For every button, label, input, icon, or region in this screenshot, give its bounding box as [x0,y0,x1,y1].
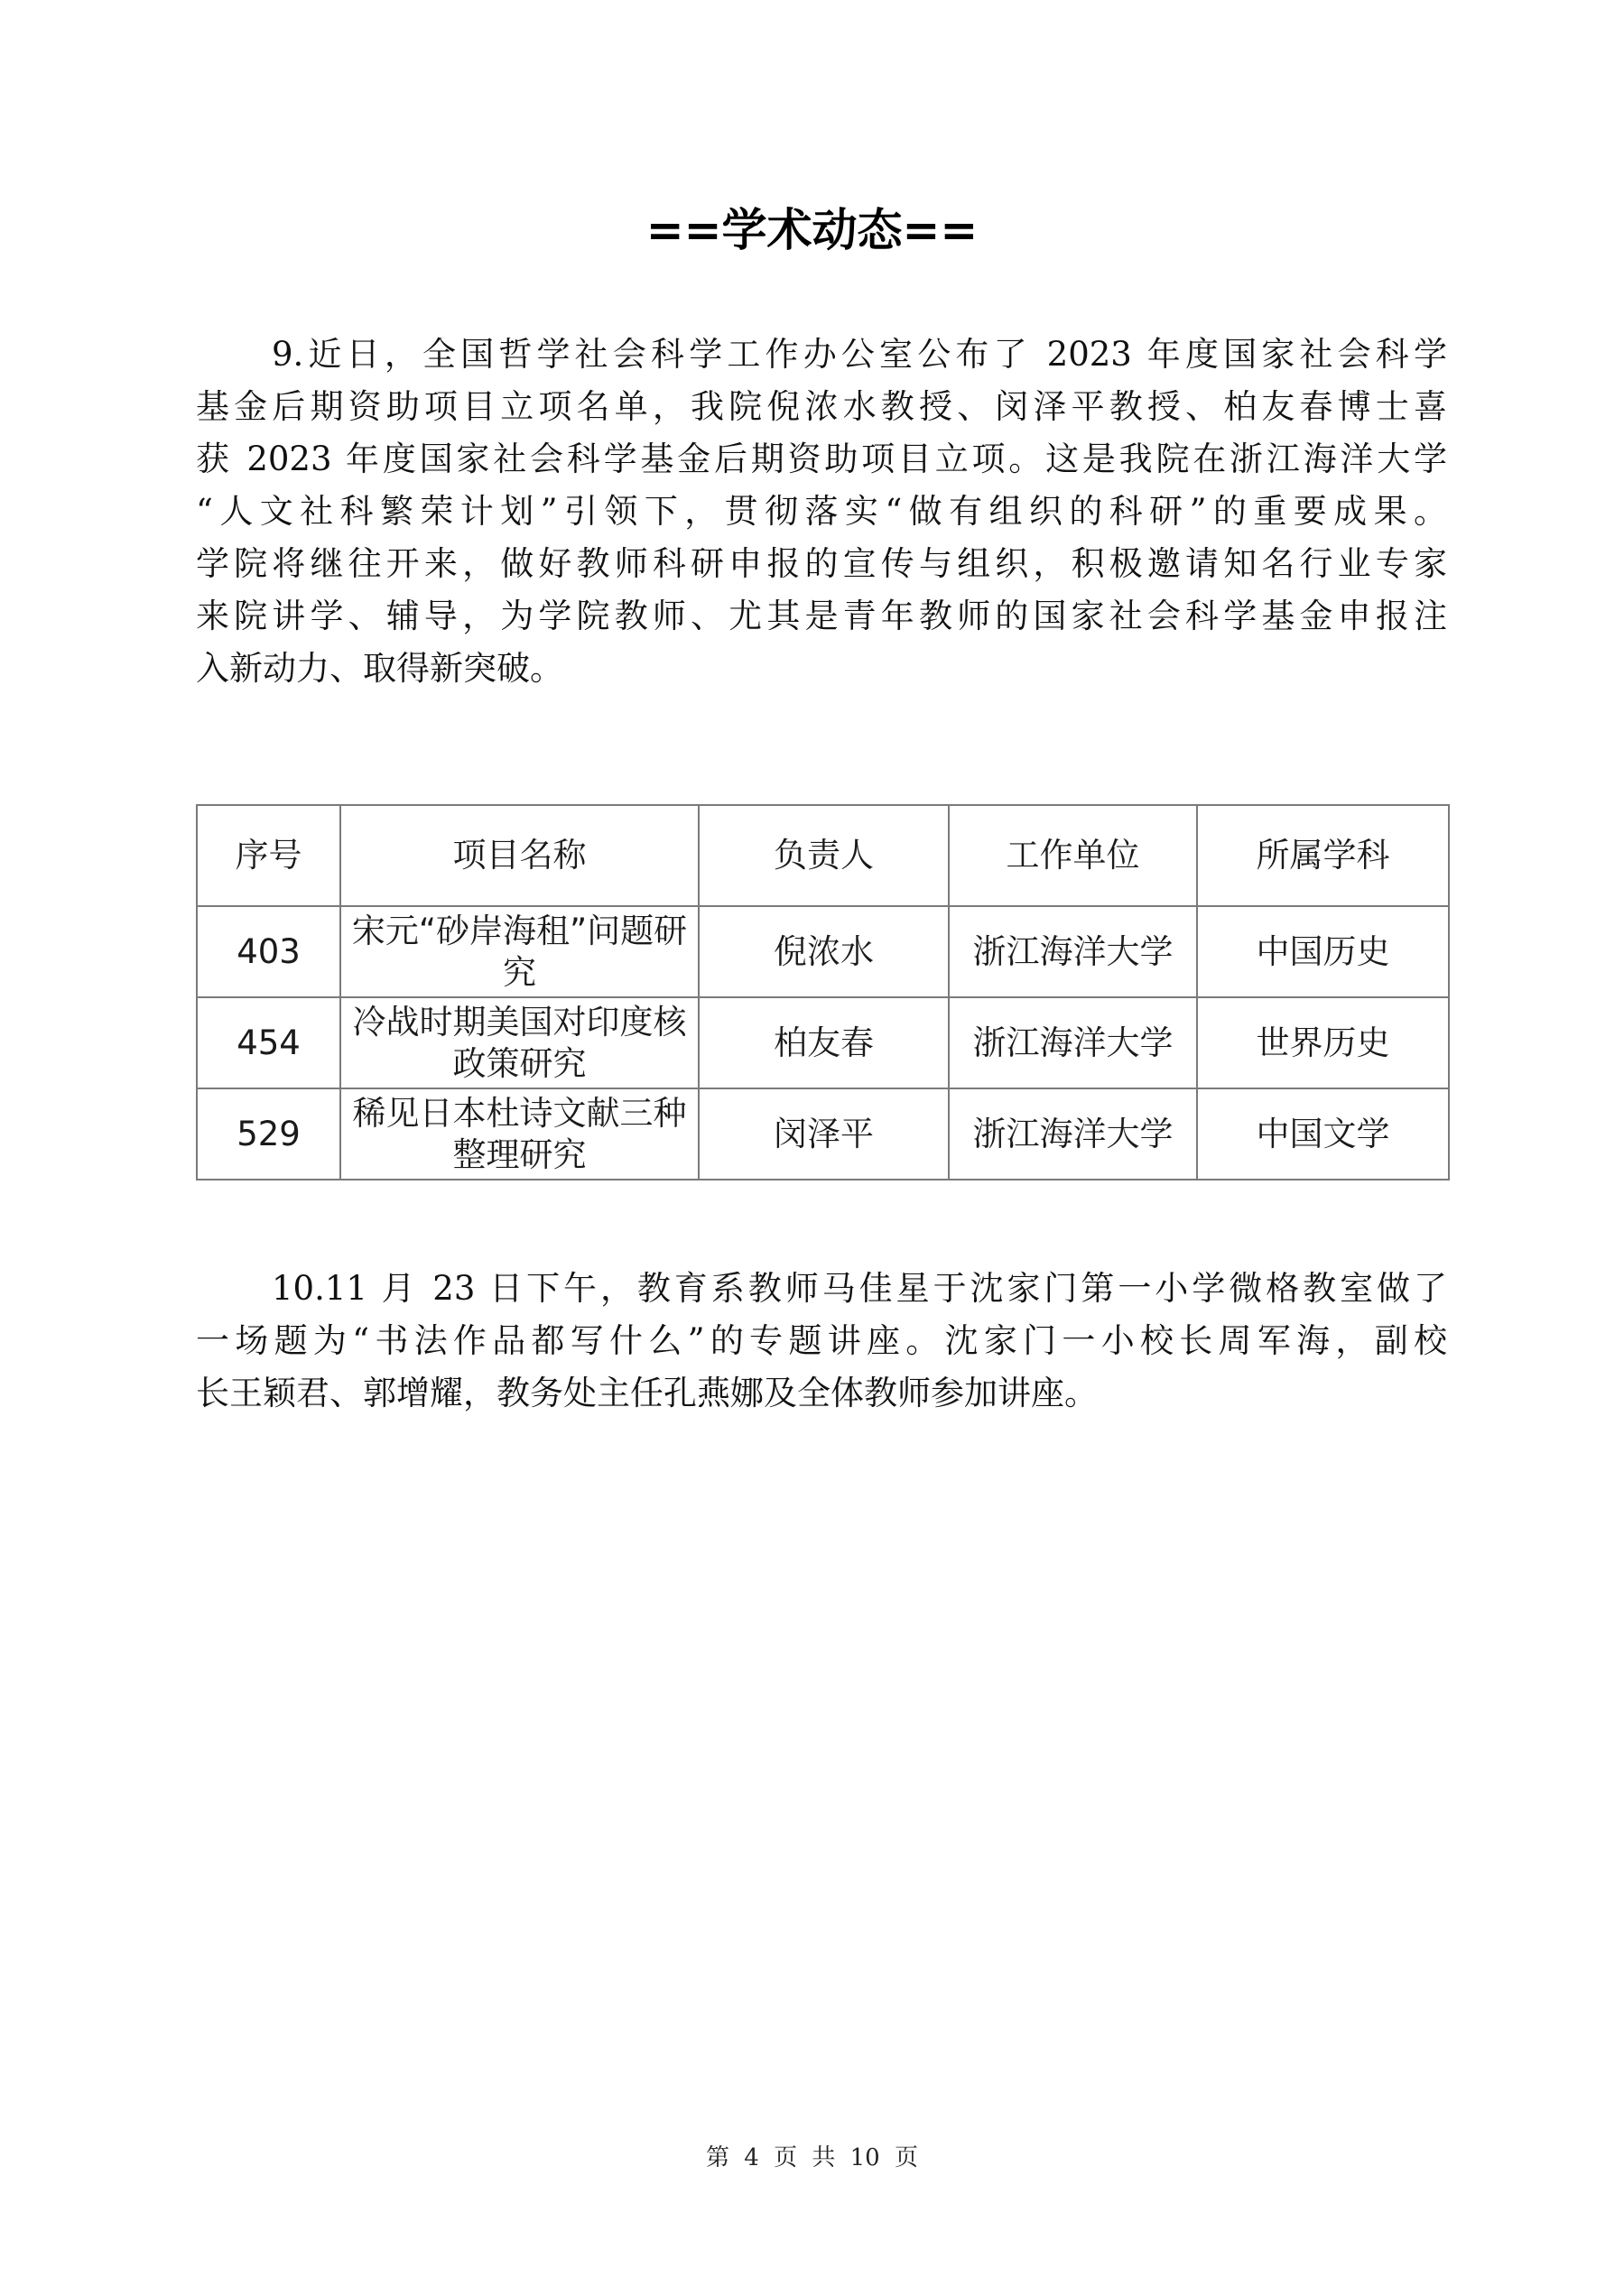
cell-serial-no: 529 [197,1088,340,1180]
cell-project-name: 稀见日本杜诗文献三种整理研究 [340,1088,699,1180]
header-project-name: 项目名称 [340,805,699,906]
header-discipline: 所属学科 [1197,805,1449,906]
grant-projects-table: 序号 项目名称 负责人 工作单位 所属学科 403 宋元“砂岸海租”问题研究 倪… [196,804,1450,1180]
cell-project-name: 宋元“砂岸海租”问题研究 [340,906,699,997]
section-10-paragraph: 10.11 月 23 日下午，教育系教师马佳星于沈家门第一小学微格教室做了 一场… [196,1263,1447,1420]
paragraph-line: 基金后期资助项目立项名单，我院倪浓水教授、闵泽平教授、柏友春博士喜 [196,381,1447,433]
cell-unit: 浙江海洋大学 [949,906,1197,997]
cell-discipline: 中国文学 [1197,1088,1449,1180]
header-lead: 负责人 [699,805,949,906]
table-row: 529 稀见日本杜诗文献三种整理研究 闵泽平 浙江海洋大学 中国文学 [197,1088,1449,1180]
cell-unit: 浙江海洋大学 [949,997,1197,1088]
table-header-row: 序号 项目名称 负责人 工作单位 所属学科 [197,805,1449,906]
cell-lead: 倪浓水 [699,906,949,997]
cell-discipline: 中国历史 [1197,906,1449,997]
header-unit: 工作单位 [949,805,1197,906]
cell-project-name: 冷战时期美国对印度核政策研究 [340,997,699,1088]
cell-serial-no: 403 [197,906,340,997]
cell-discipline: 世界历史 [1197,997,1449,1088]
paragraph-line: 长王颖君、郭增耀，教务处主任孔燕娜及全体教师参加讲座。 [196,1367,1447,1420]
paragraph-line: “人文社科繁荣计划”引领下，贯彻落实“做有组织的科研”的重要成果。 [196,486,1447,538]
table-row: 454 冷战时期美国对印度核政策研究 柏友春 浙江海洋大学 世界历史 [197,997,1449,1088]
cell-unit: 浙江海洋大学 [949,1088,1197,1180]
paragraph-line: 9.近日，全国哲学社会科学工作办公室公布了 2023 年度国家社会科学 [196,329,1447,381]
table-row: 403 宋元“砂岸海租”问题研究 倪浓水 浙江海洋大学 中国历史 [197,906,1449,997]
paragraph-line: 学院将继往开来，做好教师科研申报的宣传与组织，积极邀请知名行业专家 [196,538,1447,590]
cell-lead: 闵泽平 [699,1088,949,1180]
page-title: ==学术动态== [0,200,1624,260]
cell-serial-no: 454 [197,997,340,1088]
header-serial-no: 序号 [197,805,340,906]
page-number-footer: 第 4 页 共 10 页 [0,2139,1624,2172]
paragraph-line: 入新动力、取得新突破。 [196,643,1447,695]
paragraph-line: 10.11 月 23 日下午，教育系教师马佳星于沈家门第一小学微格教室做了 [196,1263,1447,1315]
paragraph-line: 来院讲学、辅导，为学院教师、尤其是青年教师的国家社会科学基金申报注 [196,590,1447,643]
section-9-paragraph: 9.近日，全国哲学社会科学工作办公室公布了 2023 年度国家社会科学 基金后期… [196,329,1447,695]
document-page: ==学术动态== 9.近日，全国哲学社会科学工作办公室公布了 2023 年度国家… [0,0,1624,2296]
paragraph-line: 获 2023 年度国家社会科学基金后期资助项目立项。这是我院在浙江海洋大学 [196,433,1447,486]
cell-lead: 柏友春 [699,997,949,1088]
paragraph-line: 一场题为“书法作品都写什么”的专题讲座。沈家门一小校长周军海，副校 [196,1315,1447,1367]
